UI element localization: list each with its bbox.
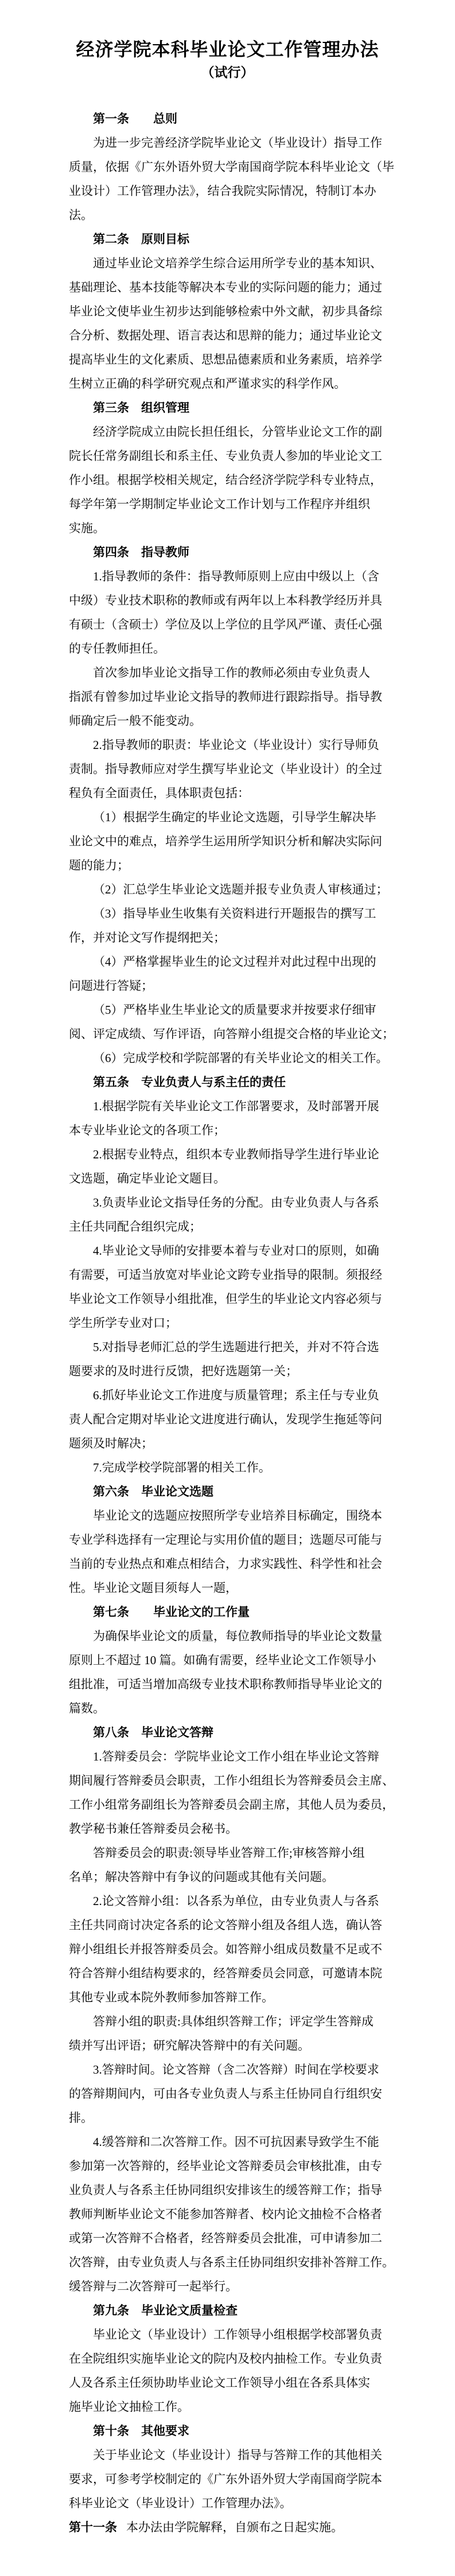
paragraph-line: 工作小组常务副组长为答辩委员会副主席，其他人员为委员，: [69, 1793, 393, 1817]
paragraph-line: 4.缓答辩和二次答辩工作。因不可抗因素导致学生不能: [69, 2130, 393, 2154]
paragraph-line: 毕业论文工作领导小组批准，但学生的毕业论文内容必须与: [69, 1287, 393, 1311]
section-heading: 第八条 毕业论文答辩: [69, 1720, 393, 1744]
paragraph-line: 主任共同商讨决定各系的论文答辩小组及各组人选，确认答: [69, 1913, 393, 1937]
section-heading: 第三条 组织管理: [69, 396, 393, 420]
paragraph-line: 阅、评定成绩、写作评语，向答辩小组提交合格的毕业论文；: [69, 1022, 393, 1046]
paragraph-line: 生树立正确的科学研究观点和严谨求实的科学作风。: [69, 372, 393, 396]
paragraph-line: 1.指导教师的条件：指导教师原则上应由中级以上（含: [69, 564, 393, 588]
paragraph-line: 人及各系主任须协助毕业论文工作领导小组在各系具体实: [69, 2371, 393, 2395]
closing-line: 第十一条本办法由学院解释，自颁布之日起实施。: [69, 2515, 393, 2539]
paragraph-line: 问题进行答疑；: [69, 974, 393, 998]
document-title: 经济学院本科毕业论文工作管理办法: [0, 0, 455, 63]
paragraph-line: 辩小组组长并报答辩委员会。如答辩小组成员数量不足或不: [69, 1937, 393, 1961]
paragraph-line: 1.答辩委员会：学院毕业论文工作小组在毕业论文答辩: [69, 1744, 393, 1769]
paragraph-line: 的专任教师担任。: [69, 637, 393, 661]
paragraph-line: 施毕业论文抽检工作。: [69, 2395, 393, 2419]
paragraph-line: 院长任常务副组长和系主任、专业负责人参加的毕业论文工: [69, 444, 393, 468]
paragraph-line: 次答辩，由专业负责人与各系主任协同组织安排补答辩工作。: [69, 2250, 393, 2274]
paragraph-line: 经济学院成立由院长担任组长，分管毕业论文工作的副: [69, 420, 393, 444]
paragraph-line: 2.论文答辩小组：以各系为单位，由专业负责人与各系: [69, 1889, 393, 1913]
paragraph-line: 首次参加毕业论文指导工作的教师必须由专业负责人: [69, 661, 393, 685]
section-heading: 第七条 毕业论文的工作量: [69, 1600, 393, 1624]
paragraph-line: 责制。指导教师应对学生撰写毕业论文（毕业设计）的全过: [69, 757, 393, 781]
paragraph-line: 名单；解决答辩中有争议的问题或其他有关问题。: [69, 1865, 393, 1889]
paragraph-line: 3.负责毕业论文指导任务的分配。由专业负责人与各系: [69, 1191, 393, 1215]
paragraph-line: （6）完成学校和学院部署的有关毕业论文的相关工作。: [69, 1046, 393, 1070]
paragraph-line: 文选题，确定毕业论文题目。: [69, 1166, 393, 1191]
paragraph-line: 绩并写出评语；研究解决答辩中的有关问题。: [69, 2034, 393, 2058]
paragraph-line: 指派有曾参加过毕业论文指导的教师进行跟踪指导。指导教: [69, 685, 393, 709]
paragraph-line: 合分析、数据处理、语言表达和思辩的能力；通过毕业论文: [69, 323, 393, 348]
paragraph-line: 毕业论文（毕业设计）工作领导小组根据学校部署负责: [69, 2323, 393, 2347]
paragraph-line: 有需要，可适当放宽对毕业论文跨专业指导的限制。须报经: [69, 1263, 393, 1287]
paragraph-line: 符合答辩小组结构要求的，经答辩委员会同意，可邀请本院: [69, 1961, 393, 1985]
paragraph-line: 关于毕业论文（毕业设计）指导与答辩工作的其他相关: [69, 2443, 393, 2467]
paragraph-line: 业论文中的难点，培养学生运用所学知识分析和解决实际问: [69, 829, 393, 853]
paragraph-line: 2.根据专业特点，组织本专业教师指导学生进行毕业论: [69, 1142, 393, 1166]
paragraph-line: 期间履行答辩委员会职责，工作小组组长为答辩委员会主席、: [69, 1769, 393, 1793]
closing-article-number: 第十一条: [69, 2520, 117, 2534]
section-heading: 第五条 专业负责人与系主任的责任: [69, 1070, 393, 1094]
paragraph-line: 在全院组织实施毕业论文的院内及校内抽检工作。专业负责: [69, 2347, 393, 2371]
closing-text: 本办法由学院解释，自颁布之日起实施。: [126, 2520, 343, 2534]
paragraph-line: 3.答辩时间。论文答辩（含二次答辩）时间在学校要求: [69, 2058, 393, 2082]
paragraph-line: 本专业毕业论文的各项工作；: [69, 1118, 393, 1142]
paragraph-line: （5）严格毕业生毕业论文的质量要求并按要求仔细审: [69, 998, 393, 1022]
paragraph-line: 排。: [69, 2106, 393, 2130]
paragraph-line: 质量，依据《广东外语外贸大学南国商学院本科毕业论文（毕: [69, 155, 393, 179]
paragraph-line: 题的能力；: [69, 853, 393, 877]
paragraph-line: 6.抓好毕业论文工作进度与质量管理；系主任与专业负: [69, 1383, 393, 1407]
paragraph-line: 为进一步完善经济学院毕业论文（毕业设计）指导工作: [69, 131, 393, 155]
section-heading: 第十条 其他要求: [69, 2419, 393, 2443]
paragraph-line: 当前的专业热点和难点相结合，力求实践性、科学性和社会: [69, 1552, 393, 1576]
paragraph-line: （4）严格掌握毕业生的论文过程并对此过程中出现的: [69, 950, 393, 974]
paragraph-line: 提高毕业生的文化素质、思想品德素质和业务素质，培养学: [69, 348, 393, 372]
paragraph-line: 毕业论文的选题应按照所学专业培养目标确定，围绕本: [69, 1504, 393, 1528]
paragraph-line: 答辩委员会的职责:领导毕业答辩工作;审核答辩小组: [69, 1841, 393, 1865]
paragraph-line: 参加第一次答辩的，经毕业论文答辩委员会审核批准，由专: [69, 2154, 393, 2178]
paragraph-line: 基础理论、基本技能等解决本专业的实际问题的能力；通过: [69, 275, 393, 299]
section-heading: 第一条 总则: [69, 107, 393, 131]
paragraph-line: （3）指导毕业生收集有关资料进行开题报告的撰写工: [69, 901, 393, 926]
paragraph-line: 科毕业论文（毕业设计）工作管理办法》。: [69, 2491, 393, 2515]
paragraph-line: 组批准，可适当增加高级专业技术职称教师指导毕业论文的: [69, 1672, 393, 1696]
paragraph-line: 要求，可参考学校制定的《广东外语外贸大学南国商学院本: [69, 2467, 393, 2491]
paragraph-line: 法。: [69, 203, 393, 227]
paragraph-line: 中级）专业技术职称的教师或有两年以上本科教学经历并具: [69, 588, 393, 612]
paragraph-line: 通过毕业论文培养学生综合运用所学专业的基本知识、: [69, 251, 393, 275]
section-heading: 第二条 原则目标: [69, 227, 393, 251]
paragraph-line: 7.完成学校学院部署的相关工作。: [69, 1455, 393, 1480]
section-heading: 第四条 指导教师: [69, 540, 393, 564]
paragraph-line: 专业学科选择有一定理论与实用价值的题目；选题尽可能与: [69, 1528, 393, 1552]
paragraph-line: 作小组。根据学校相关规定，结合经济学院学科专业特点，: [69, 468, 393, 492]
paragraph-line: 实施。: [69, 516, 393, 540]
paragraph-line: 题须及时解决；: [69, 1431, 393, 1455]
document-subtitle: （试行）: [0, 63, 455, 83]
paragraph-line: 业负责人与各系主任协同组织安排该生的缓答辩工作；指导: [69, 2178, 393, 2202]
paragraph-line: 篇数。: [69, 1696, 393, 1720]
paragraph-line: （1）根据学生确定的毕业论文选题，引导学生解决毕: [69, 805, 393, 829]
paragraph-line: 答辩小组的职责:具体组织答辩工作；评定学生答辩成: [69, 2009, 393, 2034]
paragraph-line: 师确定后一般不能变动。: [69, 709, 393, 733]
paragraph-line: 缓答辩与二次答辩可一起举行。: [69, 2274, 393, 2298]
paragraph-line: 教学秘书兼任答辩委员会秘书。: [69, 1817, 393, 1841]
document-page: 经济学院本科毕业论文工作管理办法 （试行） 第一条 总则为进一步完善经济学院毕业…: [0, 0, 455, 2576]
paragraph-line: （2）汇总学生毕业论文选题并报专业负责人审核通过；: [69, 877, 393, 901]
paragraph-line: 教师判断毕业论文不能参加答辩者、校内论文抽检不合格者: [69, 2202, 393, 2226]
paragraph-line: 2.指导教师的职责：毕业论文（毕业设计）实行导师负: [69, 733, 393, 757]
paragraph-line: 题要求的及时进行反馈，把好选题第一关；: [69, 1359, 393, 1383]
paragraph-line: 或第一次答辩不合格者，经答辩委员会批准，可申请参加二: [69, 2226, 393, 2250]
section-heading: 第九条 毕业论文质量检查: [69, 2298, 393, 2323]
paragraph-line: 程负有全面责任，具体职责包括：: [69, 781, 393, 805]
paragraph-line: 为确保毕业论文的质量，每位教师指导的毕业论文数量: [69, 1624, 393, 1648]
paragraph-line: 性。毕业论文题目须每人一题，: [69, 1576, 393, 1600]
paragraph-line: 学生所学专业对口；: [69, 1311, 393, 1335]
section-heading: 第六条 毕业论文选题: [69, 1480, 393, 1504]
paragraph-line: 原则上不超过 10 篇。如确有需要，经毕业论文工作领导小: [69, 1648, 393, 1672]
paragraph-line: 1.根据学院有关毕业论文工作部署要求，及时部署开展: [69, 1094, 393, 1118]
paragraph-line: 毕业论文使毕业生初步达到能够检索中外文献，初步具备综: [69, 299, 393, 323]
paragraph-line: 5.对指导老师汇总的学生选题进行把关，并对不符合选: [69, 1335, 393, 1359]
paragraph-line: 有硕士（含硕士）学位及以上学位的且学风严谨、责任心强: [69, 612, 393, 637]
paragraph-line: 业设计）工作管理办法》，结合我院实际情况，特制订本办: [69, 179, 393, 203]
paragraph-line: 主任共同配合组织完成；: [69, 1215, 393, 1239]
paragraph-line: 其他专业或本院外教师参加答辩工作。: [69, 1985, 393, 2009]
paragraph-line: 每学年第一学期制定毕业论文工作计划与工作程序并组织: [69, 492, 393, 516]
paragraph-line: 作，并对论文写作提纲把关；: [69, 926, 393, 950]
document-body: 第一条 总则为进一步完善经济学院毕业论文（毕业设计）指导工作质量，依据《广东外语…: [69, 107, 393, 2539]
paragraph-line: 4.毕业论文导师的安排要本着与专业对口的原则，如确: [69, 1239, 393, 1263]
paragraph-line: 责人配合定期对毕业论文进度进行确认，发现学生拖延等问: [69, 1407, 393, 1431]
paragraph-line: 的答辩期间内，可由各专业负责人与系主任协同自行组织安: [69, 2082, 393, 2106]
